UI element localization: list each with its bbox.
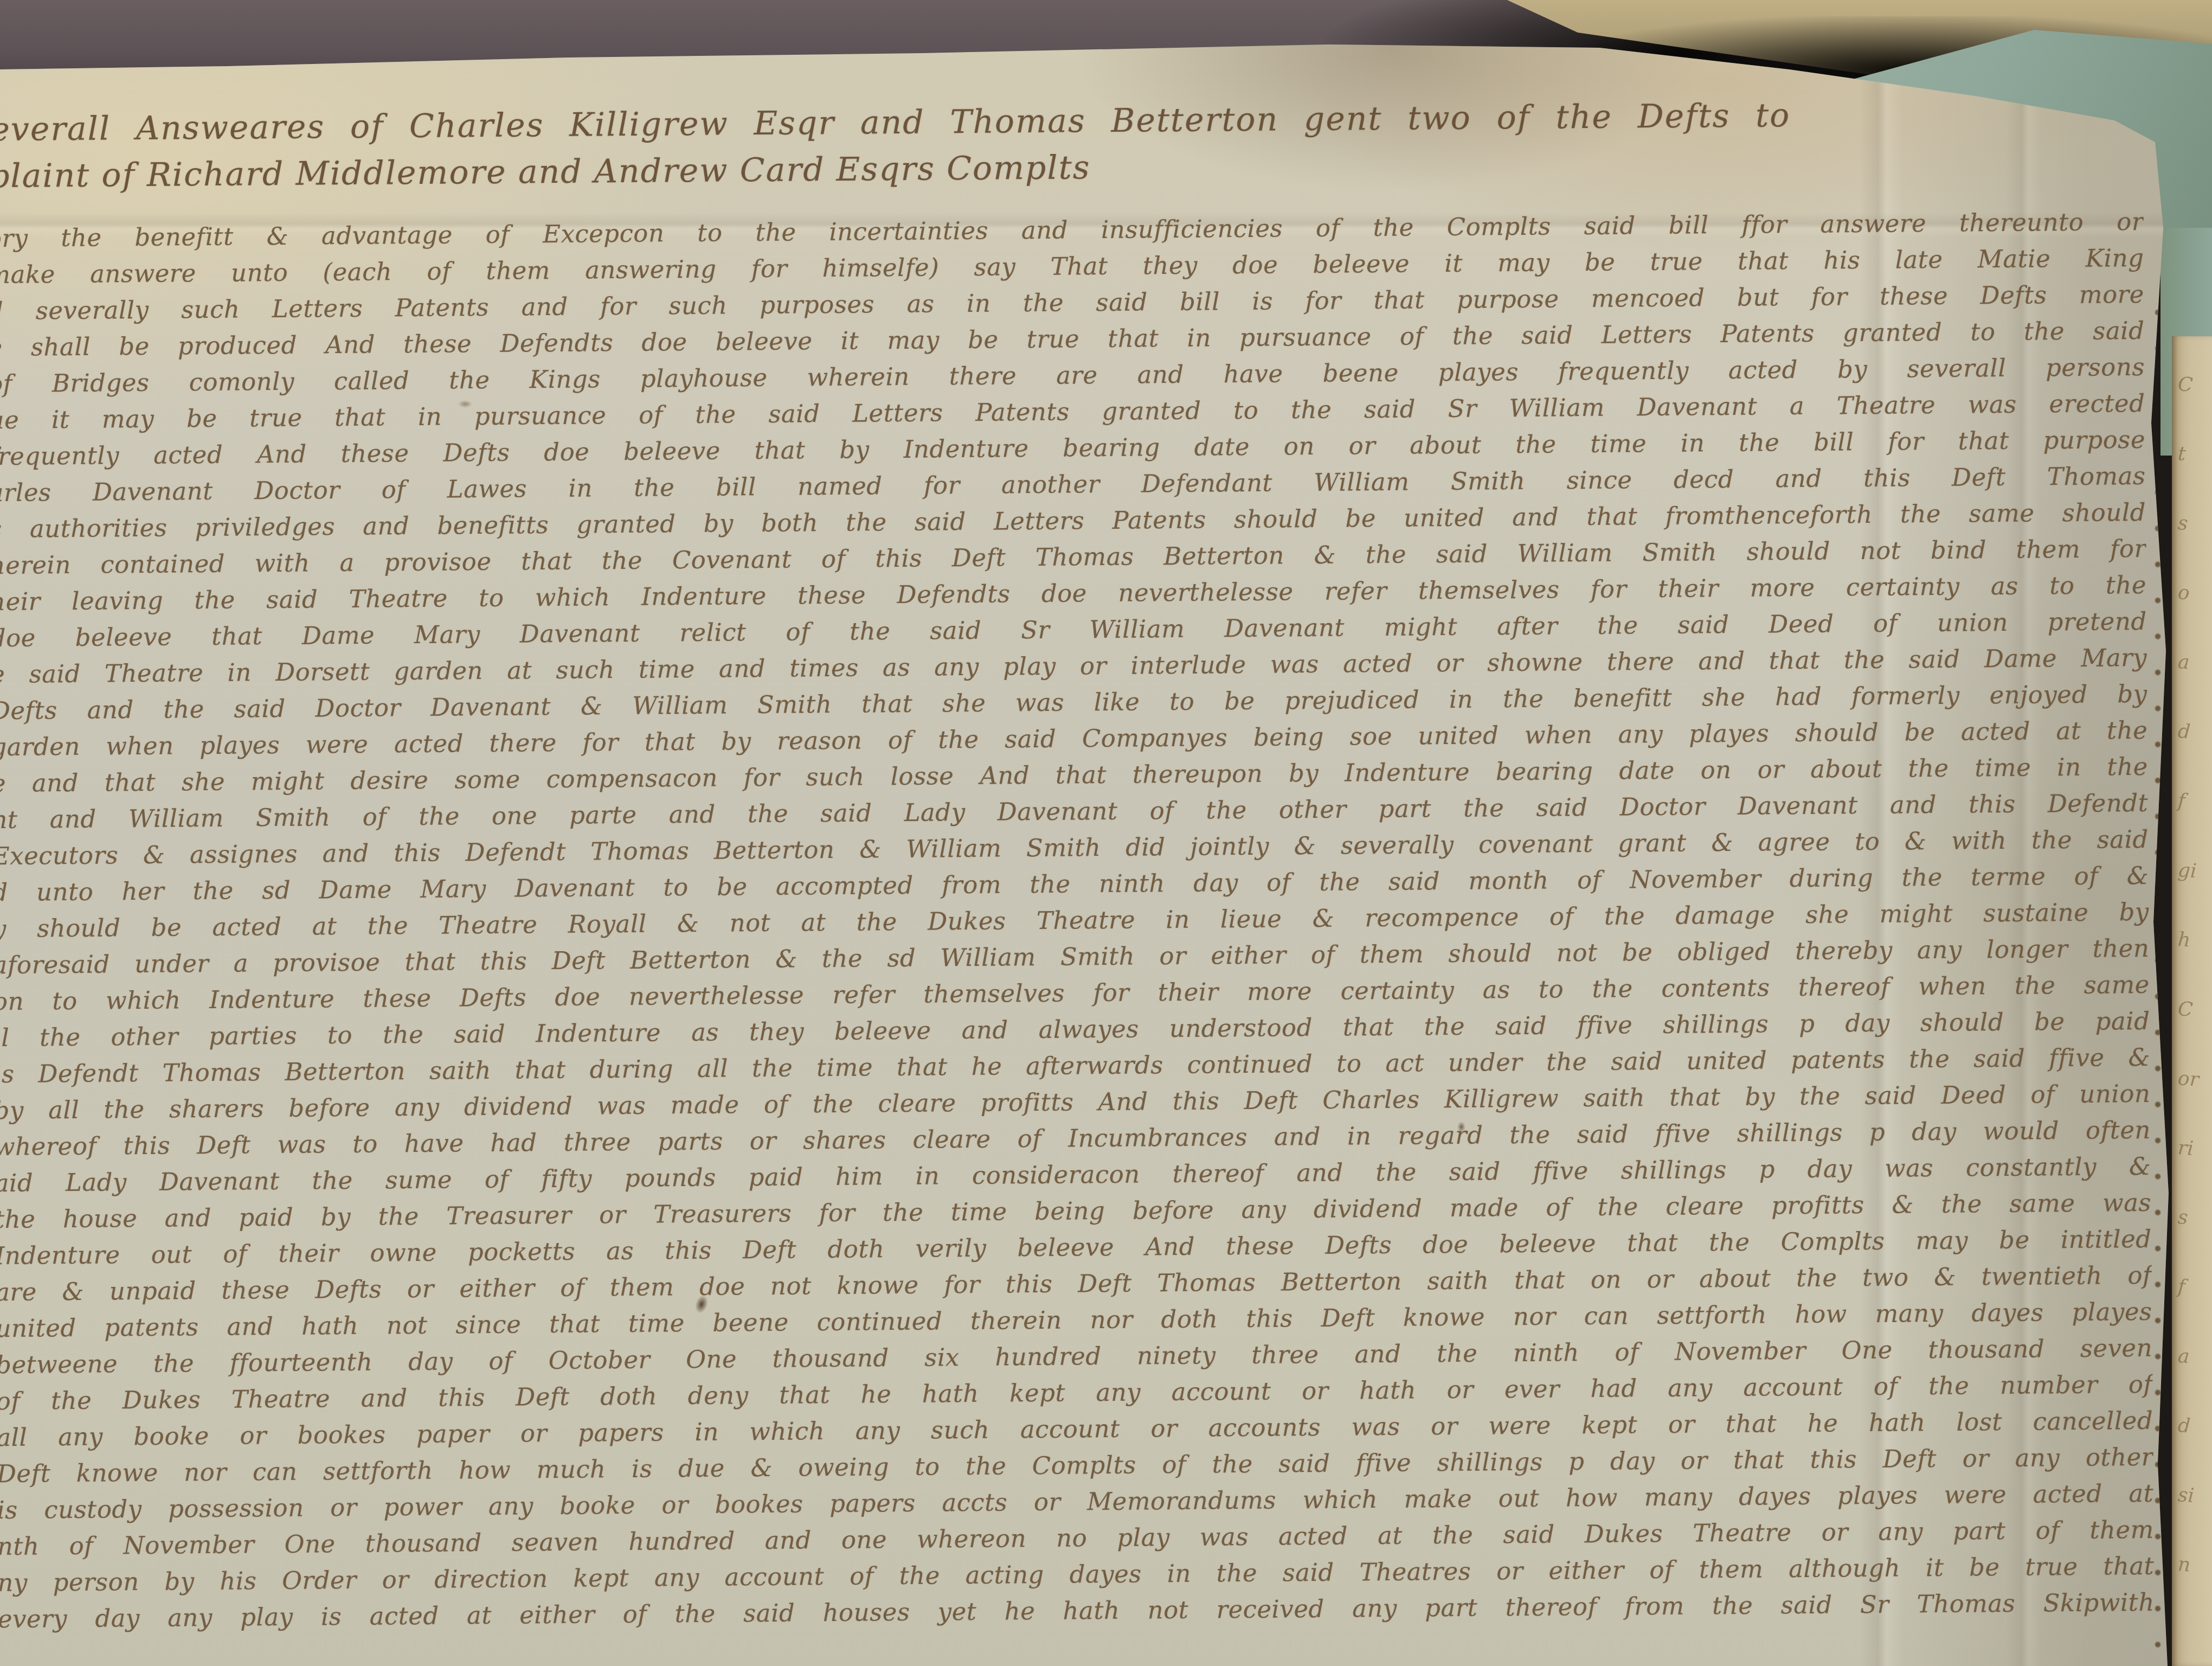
script-fragment: gi [2174, 859, 2211, 931]
script-fragment: d [2174, 1414, 2211, 1486]
script-fragment: f [2174, 1276, 2211, 1347]
script-fragment: or [2174, 1067, 2211, 1139]
manuscript-body: ory the benefitt & advantage of Excepcon… [0, 203, 2155, 1637]
script-fragment: s [2174, 512, 2211, 584]
script-fragment: C [2174, 998, 2211, 1069]
adjacent-page-script-fragments: CtsoadfgihCorrisfadsin [2176, 374, 2209, 1624]
script-fragment: f [2174, 790, 2211, 861]
script-fragment: d [2174, 720, 2211, 792]
script-fragment: a [2174, 651, 2211, 722]
script-fragment: a [2174, 1345, 2211, 1417]
script-fragment: t [2174, 443, 2211, 514]
script-fragment: C [2174, 373, 2211, 445]
script-fragment: si [2174, 1484, 2211, 1555]
adjacent-page-edge: CtsoadfgihCorrisfadsin [2172, 336, 2212, 1666]
script-fragment: ri [2174, 1137, 2211, 1208]
document-heading: everall Answeares of Charles Killigrew E… [0, 89, 2164, 200]
manuscript-content: everall Answeares of Charles Killigrew E… [0, 89, 2175, 1637]
heading-line-2: plaint of Richard Middlemore and Andrew … [0, 145, 1008, 200]
script-fragment: h [2174, 928, 2211, 1000]
photo-of-manuscript: CtsoadfgihCorrisfadsin everall Answeares… [0, 0, 2212, 1666]
script-fragment: s [2174, 1206, 2211, 1278]
script-fragment: n [2174, 1553, 2211, 1625]
manuscript-page: everall Answeares of Charles Killigrew E… [0, 0, 2175, 1666]
script-fragment: o [2174, 581, 2211, 653]
